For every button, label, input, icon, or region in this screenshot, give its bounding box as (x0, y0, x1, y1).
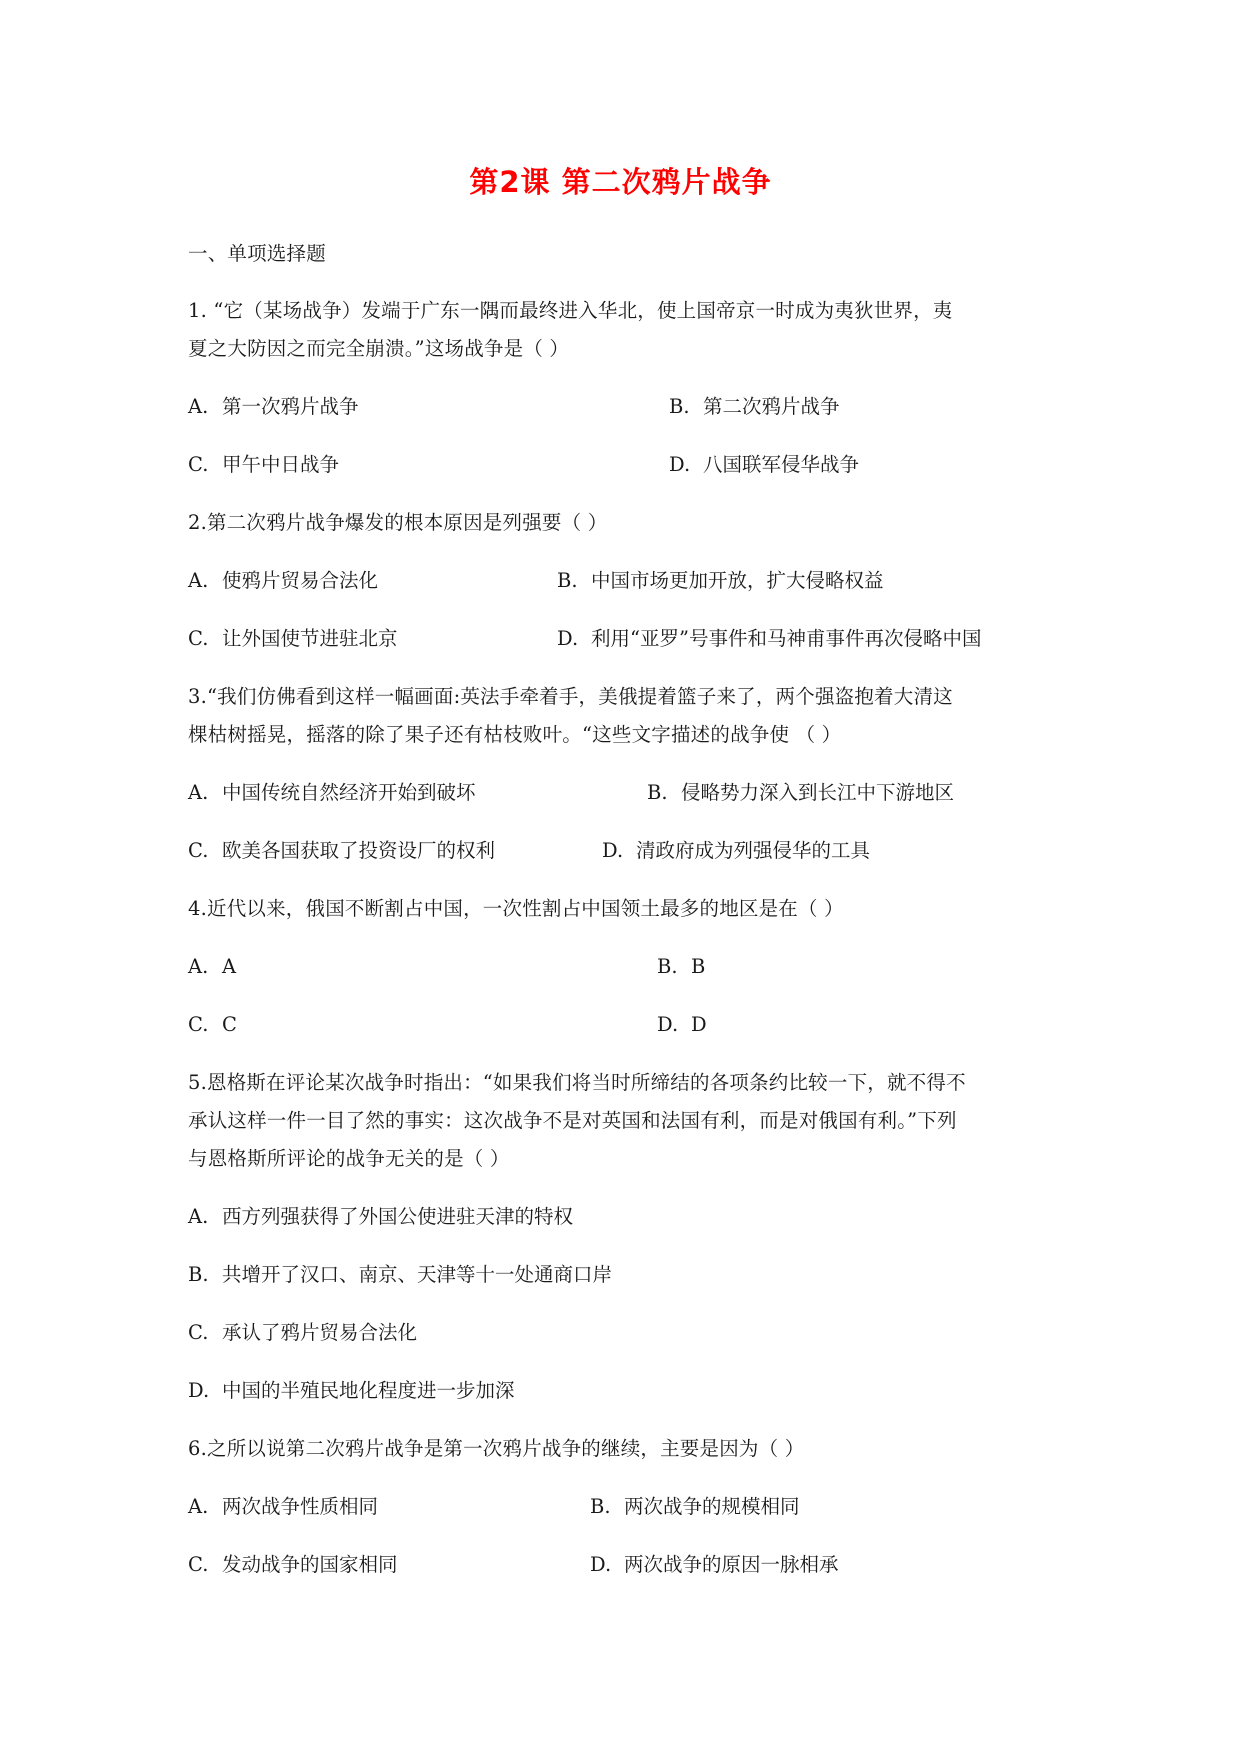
option-c: C.甲午中日战争 (188, 455, 339, 475)
question-stem-line: 6.之所以说第二次鸦片战争是第一次鸦片战争的继续，主要是因为（ ） (188, 1439, 804, 1459)
option-b: B.两次战争的规模相同 (590, 1497, 800, 1517)
option-d: D.D (657, 1015, 707, 1035)
option-d: D.利用“亚罗”号事件和马神甫事件再次侵略中国 (557, 629, 981, 649)
option-b: B.中国市场更加开放，扩大侵略权益 (557, 571, 884, 591)
page-title: 第2课 第二次鸦片战争 (0, 160, 1241, 201)
option-b: B.侵略势力深入到长江中下游地区 (647, 783, 954, 803)
option-b: B.第二次鸦片战争 (669, 397, 840, 417)
option-d: D.两次战争的原因一脉相承 (590, 1555, 839, 1575)
option-d: D.八国联军侵华战争 (669, 455, 859, 475)
option-a: A.两次战争性质相同 (188, 1497, 378, 1517)
option-d: D.清政府成为列强侵华的工具 (602, 841, 870, 861)
option-c: C.欧美各国获取了投资设厂的权利 (188, 841, 495, 861)
question-stem-line: 2.第二次鸦片战争爆发的根本原因是列强要（ ） (188, 513, 607, 533)
question-stem-line: 承认这样一件一目了然的事实：这次战争不是对英国和法国有利，而是对俄国有利。”下列 (188, 1111, 957, 1131)
option-b: B.B (657, 957, 705, 977)
question-stem-line: 与恩格斯所评论的战争无关的是（ ） (188, 1149, 510, 1169)
option-c: C.发动战争的国家相同 (188, 1555, 398, 1575)
section-heading: 一、单项选择题 (188, 244, 326, 264)
option-c: C.让外国使节进驻北京 (188, 629, 398, 649)
question-stem-line: 3.“我们仿佛看到这样一幅画面:英法手牵着手，美俄提着篮子来了，两个强盗抱着大清… (188, 687, 953, 707)
option-a: A.第一次鸦片战争 (188, 397, 359, 417)
option-c: C.C (188, 1015, 237, 1035)
question-stem-line: 夏之大防因之而完全崩溃。”这场战争是（ ） (188, 339, 569, 359)
question-stem-line: 棵枯树摇晃，摇落的除了果子还有枯枝败叶。“这些文字描述的战争使 （ ） (188, 725, 841, 745)
option-a: A.使鸦片贸易合法化 (188, 571, 378, 591)
option-a: A.中国传统自然经济开始到破坏 (188, 783, 476, 803)
option-a: A.西方列强获得了外国公使进驻天津的特权 (188, 1207, 573, 1227)
option-a: A.A (188, 957, 236, 977)
option-b: B.共增开了汉口、南京、天津等十一处通商口岸 (188, 1265, 612, 1285)
option-d: D.中国的半殖民地化程度进一步加深 (188, 1381, 515, 1401)
question-stem-line: 1. “它（某场战争）发端于广东一隅而最终进入华北，使上国帝京一时成为夷狄世界，… (188, 301, 952, 321)
question-stem-line: 4.近代以来，俄国不断割占中国，一次性割占中国领土最多的地区是在（ ） (188, 899, 844, 919)
option-c: C.承认了鸦片贸易合法化 (188, 1323, 417, 1343)
question-stem-line: 5.恩格斯在评论某次战争时指出：“如果我们将当时所缔结的各项条约比较一下，就不得… (188, 1073, 966, 1093)
